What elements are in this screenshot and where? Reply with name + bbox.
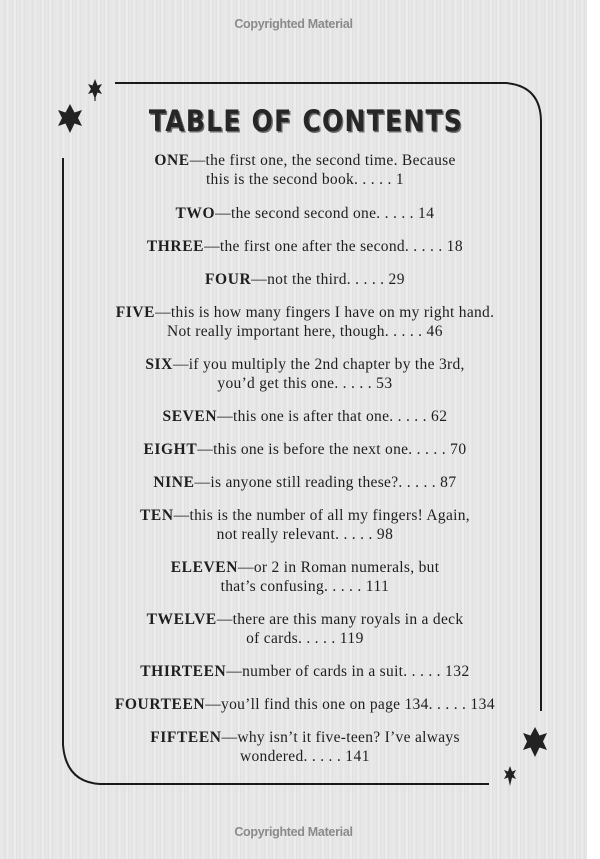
chapter-description: —there are this many royals in a deck (217, 611, 464, 628)
chapter-number: TEN (140, 507, 174, 524)
chapter-description-cont: not really relevant. . . . . (217, 526, 377, 543)
page-number: 141 (345, 748, 370, 765)
chapter-number: SIX (145, 356, 173, 373)
page-number: 70 (450, 441, 467, 458)
chapter-number: TWO (175, 205, 215, 222)
chapter-description-cont: of cards. . . . . (246, 630, 340, 647)
chapter-description-cont: wondered. . . . . (240, 748, 345, 765)
toc-entry: TEN—this is the number of all my fingers… (80, 506, 530, 544)
page-number: 29 (389, 271, 406, 288)
chapter-description: —the first one, the second time. Because (190, 152, 456, 169)
page-number: 119 (340, 630, 364, 647)
chapter-number: FIVE (116, 304, 155, 321)
page-number: 14 (418, 205, 435, 222)
toc-entry: FOUR—not the third. . . . . 29 (80, 270, 530, 289)
chapter-description-cont: Not really important here, though. . . .… (167, 323, 427, 340)
chapter-number: NINE (153, 474, 194, 491)
page-number: 53 (376, 375, 393, 392)
page-number: 111 (366, 578, 390, 595)
chapter-description: —this one is before the next one. . . . … (197, 441, 450, 458)
chapter-number: FOUR (205, 271, 251, 288)
chapter-description: —this one is after that one. . . . . (217, 408, 431, 425)
page-number: 18 (447, 238, 464, 255)
page-number: 134 (470, 696, 495, 713)
star-icon (504, 766, 516, 786)
chapter-description: —or 2 in Roman numerals, but (238, 559, 439, 576)
chapter-description: —is anyone still reading these?. . . . . (195, 474, 441, 491)
chapter-description: —this is the number of all my fingers! A… (174, 507, 470, 524)
toc-entry: THREE—the first one after the second. . … (80, 237, 530, 256)
page-number: 1 (396, 171, 404, 188)
toc-entry: FOURTEEN—you’ll find this one on page 13… (60, 695, 550, 714)
star-icon (88, 79, 102, 101)
toc-entry: ONE—the first one, the second time. Beca… (80, 151, 530, 189)
chapter-description: —the first one after the second. . . . . (204, 238, 447, 255)
chapter-number: FIFTEEN (150, 729, 221, 746)
chapter-number: SEVEN (162, 408, 217, 425)
chapter-number: EIGHT (143, 441, 197, 458)
chapter-description: —not the third. . . . . (251, 271, 388, 288)
chapter-description: —number of cards in a suit. . . . . (226, 663, 445, 680)
toc-entry: FIFTEEN—why isn’t it five-teen? I’ve alw… (80, 728, 530, 766)
chapter-description: —you’ll find this one on page 134. . . .… (205, 696, 470, 713)
page-number: 132 (445, 663, 470, 680)
chapter-description: —why isn’t it five-teen? I’ve always (222, 729, 460, 746)
chapter-number: FOURTEEN (115, 696, 205, 713)
chapter-description-cont: that’s confusing. . . . . (221, 578, 366, 595)
book-page: Copyrighted Material TABLE OF CONTENTS O… (0, 0, 587, 859)
chapter-number: THIRTEEN (140, 663, 226, 680)
toc-entry: TWELVE—there are this many royals in a d… (80, 610, 530, 648)
toc-entry: ELEVEN—or 2 in Roman numerals, but that’… (80, 558, 530, 596)
page-title: TABLE OF CONTENTS (43, 104, 569, 138)
page-number: 62 (431, 408, 448, 425)
toc-entry: SEVEN—this one is after that one. . . . … (80, 407, 530, 426)
chapter-description: —the second second one. . . . . (215, 205, 418, 222)
page-number: 87 (440, 474, 457, 491)
toc-entry: NINE—is anyone still reading these?. . .… (80, 473, 530, 492)
table-of-contents: ONE—the first one, the second time. Beca… (80, 148, 530, 766)
page-number: 98 (377, 526, 394, 543)
toc-entry: FIVE—this is how many fingers I have on … (80, 303, 530, 341)
toc-entry: TWO—the second second one. . . . . 14 (80, 204, 530, 223)
toc-entry: THIRTEEN—number of cards in a suit. . . … (80, 662, 530, 681)
copyright-watermark-bottom: Copyrighted Material (0, 825, 587, 839)
chapter-number: ELEVEN (171, 559, 238, 576)
chapter-description: —this is how many fingers I have on my r… (155, 304, 494, 321)
page-number: 46 (427, 323, 444, 340)
chapter-description-cont: this is the second book. . . . . (206, 171, 396, 188)
toc-entry: SIX—if you multiply the 2nd chapter by t… (80, 355, 530, 393)
chapter-description-cont: you’d get this one. . . . . (217, 375, 376, 392)
toc-entry: EIGHT—this one is before the next one. .… (80, 440, 530, 459)
chapter-number: ONE (154, 152, 189, 169)
chapter-description: —if you multiply the 2nd chapter by the … (173, 356, 465, 373)
chapter-number: TWELVE (147, 611, 217, 628)
chapter-number: THREE (147, 238, 204, 255)
